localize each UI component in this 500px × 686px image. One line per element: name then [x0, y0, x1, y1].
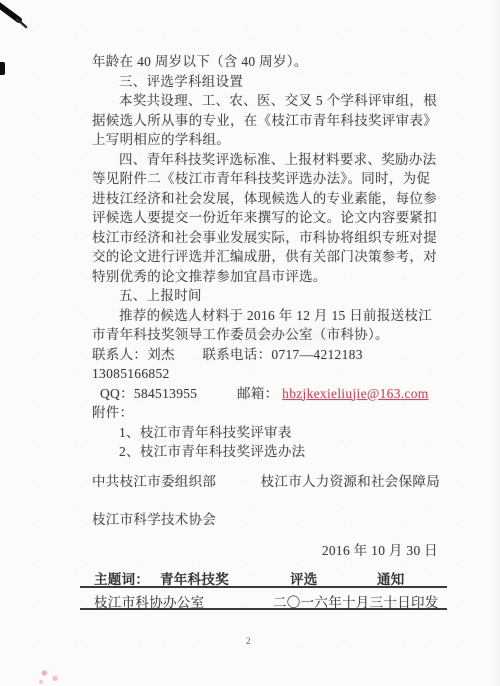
issuing-org-science-association: 枝江市科学技术协会 — [92, 508, 216, 528]
qq-email-line: QQ：584513955 邮箱： hbzjkexieliujie@163.com — [92, 384, 444, 404]
qq-number: QQ：584513955 — [100, 386, 197, 401]
section4-paragraph: 四、青年科技奖评选标准、上报材料要求、奖励办法等见附件二《枝江市青年科技奖评选办… — [92, 150, 444, 287]
document-date-row: 2016 年 10 月 30 日 — [92, 539, 440, 559]
document-date: 2016 年 10 月 30 日 — [322, 543, 438, 558]
section5-paragraph: 推荐的候选人材料于 2016 年 12 月 15 日前报送枝江市青年科技奖领导工… — [92, 306, 444, 345]
page-number: 2 — [246, 636, 251, 646]
contact-line: 联系人：刘杰 联系电话：0717—4212183 13085166852 — [92, 345, 444, 384]
scan-edge-mark-artifact — [0, 62, 5, 75]
section5-heading: 五、上报时间 — [92, 286, 444, 306]
scan-red-ink-artifact — [36, 666, 64, 686]
attachment-item-2: 2、枝江市青年科技奖评选办法 — [92, 442, 444, 462]
issuing-org-party-committee: 中共枝江市委组织部 — [92, 470, 216, 490]
issuing-org-hr-bureau: 枝江市人力资源和社会保障局 — [261, 470, 440, 490]
attachments-label: 附件： — [92, 403, 444, 423]
subject-term-selection: 评选 — [290, 568, 318, 588]
email-link[interactable]: hbzjkexieliujie@163.com — [282, 386, 428, 401]
scanned-document-page: 年龄在 40 周岁以下（含 40 周岁）。 三、评选学科组设置 本奖共设理、工、… — [0, 0, 500, 686]
issue-row: 枝江市科协办公室 二〇一六年十月三十日印发 — [80, 588, 447, 610]
issuing-orgs-row: 中共枝江市委组织部 枝江市人力资源和社会保障局 — [92, 470, 440, 490]
signature-block: 中共枝江市委组织部 枝江市人力资源和社会保障局 枝江市科学技术协会 2016 年… — [92, 470, 440, 559]
subject-term-notice: 通知 — [377, 568, 405, 588]
attachment-item-1: 1、枝江市青年科技奖评审表 — [92, 423, 444, 443]
scan-corner-fold-artifact — [0, 0, 46, 46]
issuing-office: 枝江市科协办公室 — [94, 591, 204, 611]
print-date: 二〇一六年十月三十日印发 — [273, 591, 439, 611]
subject-label: 主题词： — [94, 568, 149, 588]
email-label: 邮箱： — [237, 386, 278, 401]
section3-heading: 三、评选学科组设置 — [92, 72, 444, 92]
section3-paragraph: 本奖共设理、工、农、医、交叉 5 个学科评审组，根据候选人所从事的专业，在《枝江… — [92, 91, 444, 150]
paragraph-age-limit: 年龄在 40 周岁以下（含 40 周岁）。 — [92, 52, 444, 72]
subject-row: 主题词： 青年科技奖 评选 通知 — [80, 568, 447, 588]
subject-term-award: 青年科技奖 — [160, 568, 229, 588]
issuing-org-row-2: 枝江市科学技术协会 — [92, 508, 440, 528]
document-body: 年龄在 40 周岁以下（含 40 周岁）。 三、评选学科组设置 本奖共设理、工、… — [92, 52, 444, 462]
subject-footer-table: 主题词： 青年科技奖 评选 通知 枝江市科协办公室 二〇一六年十月三十日印发 — [80, 568, 447, 610]
